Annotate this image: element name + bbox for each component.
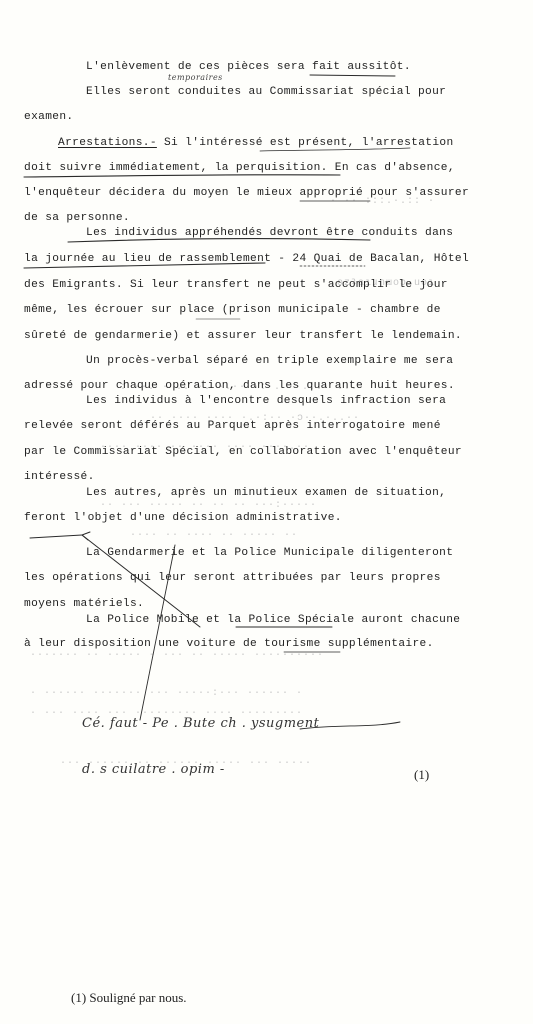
- document-page: · ·· :::.·.:: · .ozʇaıɹnɯoɔ·uoı : ··. · …: [0, 0, 533, 1024]
- handwritten-underlines: [0, 0, 533, 1024]
